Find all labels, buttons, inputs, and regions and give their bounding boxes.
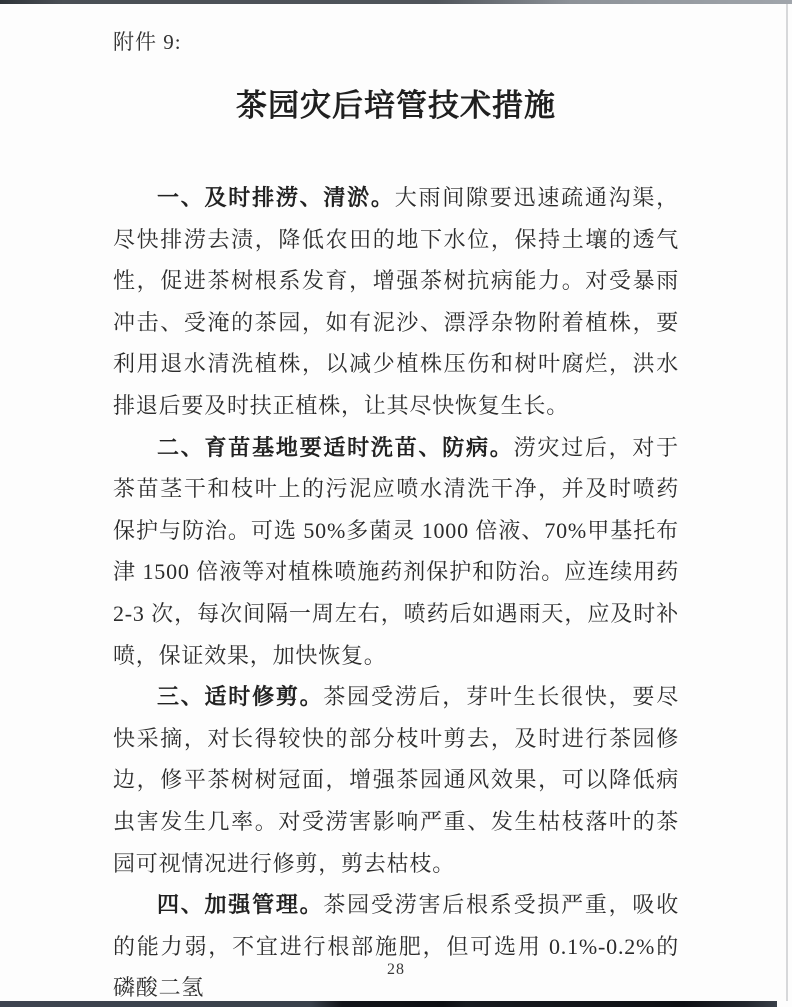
paragraph-text-2: 涝灾过后，对于茶苗茎干和枝叶上的污泥应喷水清洗干净，并及时喷药保护与防治。可选 …: [113, 435, 679, 668]
scan-top-edge-line: [0, 0, 792, 4]
section-heading-4: 四、加强管理。: [157, 892, 323, 917]
paragraph-text-1: 大雨间隙要迅速疏通沟渠，尽快排涝去渍，降低农田的地下水位，保持土壤的透气性，促进…: [113, 185, 679, 418]
document-content: 附件 9: 茶园灾后培管技术措施 一、及时排涝、清淤。大雨间隙要迅速疏通沟渠，尽…: [113, 26, 679, 1007]
paragraph-management: 四、加强管理。茶园受涝害后根系受损严重，吸收的能力弱，不宜进行根部施肥，但可选用…: [113, 884, 679, 1007]
document-body: 一、及时排涝、清淤。大雨间隙要迅速疏通沟渠，尽快排涝去渍，降低农田的地下水位，保…: [113, 177, 679, 1007]
section-heading-3: 三、适时修剪。: [157, 684, 323, 709]
attachment-label: 附件 9:: [113, 26, 679, 56]
paragraph-text-3: 茶园受涝后，芽叶生长很快，要尽快采摘，对长得较快的部分枝叶剪去，及时进行茶园修边…: [113, 684, 679, 875]
paragraph-drainage: 一、及时排涝、清淤。大雨间隙要迅速疏通沟渠，尽快排涝去渍，降低农田的地下水位，保…: [113, 177, 679, 427]
document-title: 茶园灾后培管技术措施: [113, 80, 679, 125]
paragraph-nursery: 二、育苗基地要适时洗苗、防病。涝灾过后，对于茶苗茎干和枝叶上的污泥应喷水清洗干净…: [113, 427, 679, 677]
section-heading-1: 一、及时排涝、清淤。: [157, 185, 395, 210]
scan-right-edge-line: [786, 4, 788, 1001]
scan-bottom-edge-bar: [0, 1001, 777, 1007]
paragraph-pruning: 三、适时修剪。茶园受涝后，芽叶生长很快，要尽快采摘，对长得较快的部分枝叶剪去，及…: [113, 676, 679, 884]
scanned-document-page: 附件 9: 茶园灾后培管技术措施 一、及时排涝、清淤。大雨间隙要迅速疏通沟渠，尽…: [0, 0, 792, 1007]
page-number: 28: [0, 961, 792, 979]
section-heading-2: 二、育苗基地要适时洗苗、防病。: [157, 435, 514, 460]
